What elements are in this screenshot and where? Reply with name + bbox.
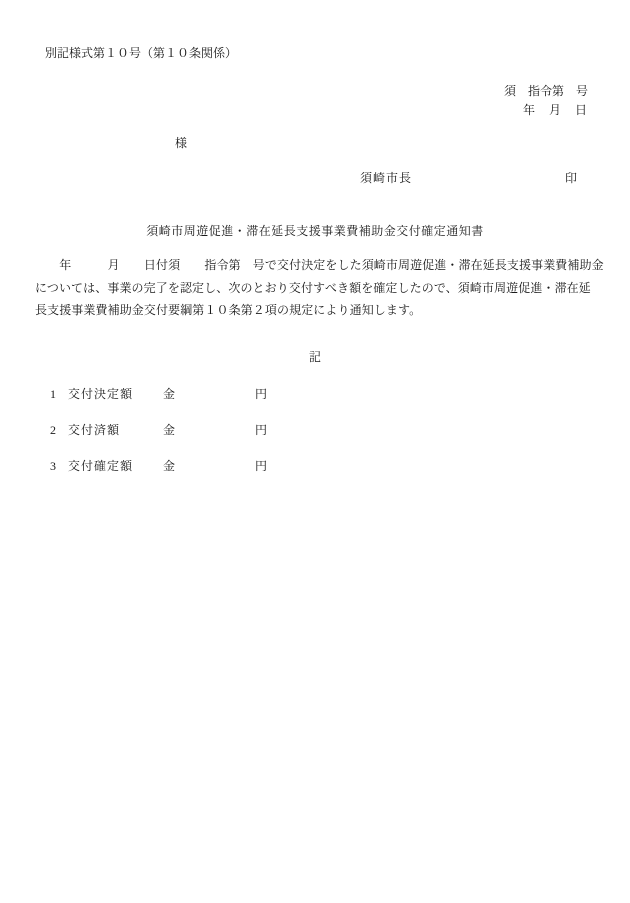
item-row: 2 交付済額 金 円	[0, 422, 630, 438]
item-row: 1 交付決定額 金 円	[0, 386, 630, 402]
item-unit: 円	[255, 422, 267, 438]
seal-mark: 印	[565, 171, 577, 186]
addressee-suffix: 様	[175, 136, 187, 151]
item-number: 1	[50, 386, 56, 402]
item-unit: 円	[255, 458, 267, 474]
sender-name: 須崎市長	[360, 171, 412, 186]
item-number: 2	[50, 422, 56, 438]
document-page: 別記様式第１０号（第１０条関係） 須 指令第 号 年 月 日 様 須崎市長 印 …	[0, 0, 630, 903]
item-row: 3 交付確定額 金 円	[0, 458, 630, 474]
item-number: 3	[50, 458, 56, 474]
section-mark: 記	[0, 349, 630, 365]
item-label: 交付決定額	[68, 386, 133, 402]
item-currency-prefix: 金	[163, 458, 175, 474]
body-paragraph-line: 年 月 日付須 指令第 号で交付決定をした須崎市周遊促進・滞在延長支援事業費補助…	[35, 258, 610, 273]
document-title: 須崎市周遊促進・滞在延長支援事業費補助金交付確定通知書	[0, 223, 630, 239]
body-paragraph-line: については、事業の完了を認定し、次のとおり交付すべき額を確定したので、須崎市周遊…	[35, 281, 610, 296]
item-currency-prefix: 金	[163, 386, 175, 402]
item-label: 交付済額	[68, 422, 120, 438]
item-currency-prefix: 金	[163, 422, 175, 438]
form-number: 別記様式第１０号（第１０条関係）	[45, 46, 237, 61]
doc-number-line: 須 指令第 号	[504, 84, 588, 99]
body-paragraph-line: 長支援事業費補助金交付要綱第１０条第２項の規定により通知します。	[35, 303, 610, 318]
item-unit: 円	[255, 386, 267, 402]
date-line: 年 月 日	[523, 103, 588, 118]
item-label: 交付確定額	[68, 458, 133, 474]
